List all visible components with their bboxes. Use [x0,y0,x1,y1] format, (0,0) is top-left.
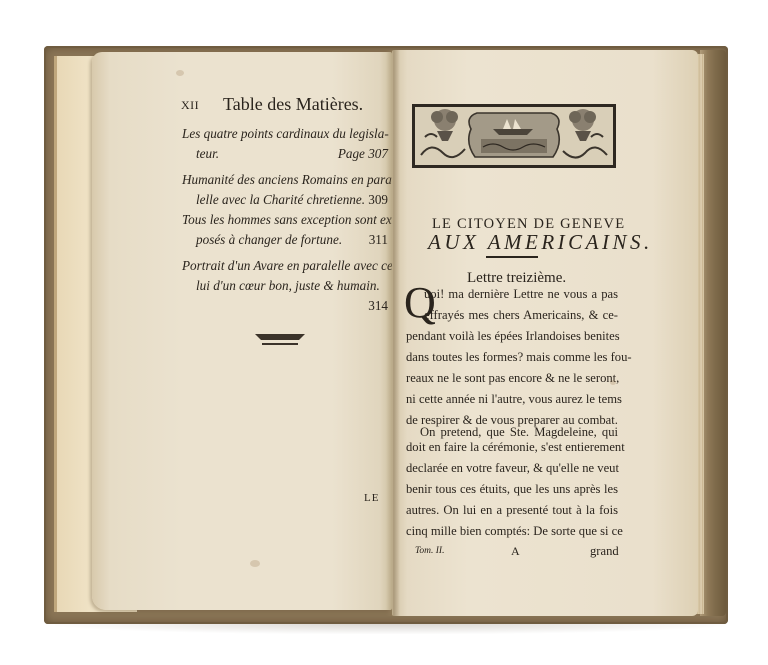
toc-entry-line2: lelle avec la Charité chretienne.309 [182,190,388,210]
body-line: effrayés mes chers Americains, & ce- [424,305,618,326]
paper-spot [610,380,616,385]
toc-entry: Humanité des anciens Romains en para- le… [182,170,388,210]
body-line: dans toutes les formes? mais comme les f… [406,347,618,368]
heading-line-2: AUX AMERICAINS. [428,230,653,255]
toc-entry-line1: Les quatre points cardinaux du legisla- [182,124,388,144]
toc-entry: Les quatre points cardinaux du legisla- … [182,124,388,164]
toc-entry-line2: posés à changer de fortune.311 [182,230,388,250]
tailpiece-ornament-icon [255,334,305,340]
toc-page-number: Page 307 [338,144,388,164]
body-line: autres. On lui en a presenté tout à la f… [406,500,618,521]
toc-page-number: 314 [182,296,388,316]
book-gutter [386,50,400,616]
body-line: cinq mille bien comptés: De sorte que si… [406,521,618,542]
woodcut-headpiece-icon [412,104,616,168]
body-line: reaux ne le sont pas encore & ne le sero… [406,368,618,389]
body-line: pendant voilà les épées Irlandoises beni… [406,326,618,347]
toc-entry-text: lelle avec la Charité chretienne. [196,192,365,207]
paper-spot [250,560,260,567]
catchword-right: grand [590,544,619,559]
toc-entry-line2: teur.Page 307 [182,144,388,164]
body-line: uoi! ma dernière Lettre ne vous a pas [424,284,618,305]
signature-volume: Tom. II. [415,546,444,556]
body-line: doit en faire la cérémonie, s'est entier… [406,437,618,458]
body-line: benir tous ces étuits, que les uns après… [406,479,618,500]
paper-spot [176,70,184,76]
body-line: ni cette année ni l'autre, vous aurez le… [406,389,618,410]
body-line: declarée en votre faveur, & qu'elle ne v… [406,458,618,479]
toc-entry-text: teur. [196,146,219,161]
folio-number: XII [181,98,199,113]
toc-entry-line2: lui d'un cœur bon, juste & humain. [182,276,388,296]
toc-entry-line1: Portrait d'un Avare en paralelle avec ce… [182,256,388,276]
signature-mark: A [511,544,520,559]
toc-entry: Tous les hommes sans exception sont ex- … [182,210,388,250]
heading-rule [486,256,538,258]
toc-entry-line1: Humanité des anciens Romains en para- [182,170,388,190]
catchword-left: LE [364,492,379,504]
toc-entry: Portrait d'un Avare en paralelle avec ce… [182,256,388,316]
toc-entry-line1: Tous les hommes sans exception sont ex- [182,210,388,230]
toc-entry-text: posés à changer de fortune. [196,232,342,247]
running-title: Table des Matières. [223,94,363,115]
tailpiece-rule [262,343,298,345]
